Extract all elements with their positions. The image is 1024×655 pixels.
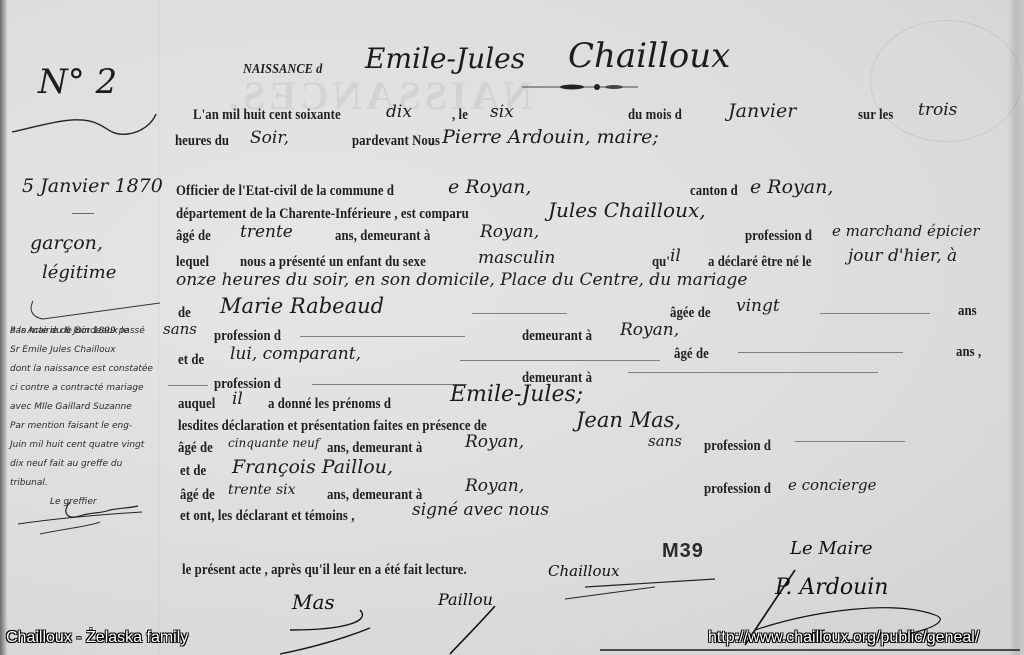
annotation-line: dont la naissance est constatée: [10, 360, 160, 379]
age-label: âgé de: [180, 487, 215, 504]
blank-line: [628, 372, 878, 373]
profession-label: profession d: [704, 438, 771, 455]
margin-annotation: Par Acte du 6 Juin 1899 passé a la mairi…: [10, 322, 160, 512]
witness1-value: Jean Mas,: [576, 408, 681, 432]
declarant-value: Jules Chailloux,: [548, 198, 706, 222]
separator: [72, 213, 94, 214]
mother-age-value: vingt: [736, 296, 780, 316]
scanned-document: NAISSANCES. N° 2 5 Janvier 1870 garçon, …: [0, 0, 1024, 655]
demeurant-label: ans, demeurant à: [335, 228, 430, 245]
naissance-label: NAISSANCE d: [243, 62, 322, 78]
donne-label: a donné les prénoms d: [268, 396, 391, 413]
day-value: six: [490, 102, 514, 122]
month-value: Janvier: [728, 100, 796, 122]
declare-label: a déclaré être né le: [708, 254, 812, 271]
year-value: dix: [386, 102, 412, 122]
annotation-line: dix neuf fait au greffe du: [10, 455, 160, 474]
ans-label: ans: [958, 303, 977, 320]
child-surname: Chailloux: [568, 36, 730, 76]
witness1-profession-prefix: sans: [648, 432, 682, 450]
demeurant-label: demeurant à: [522, 328, 592, 345]
hour-label: sur les: [858, 107, 893, 124]
annotation-line: Sr Emile Jules Chailloux: [10, 341, 160, 360]
officier-label: Officier de l'Etat-civil de la commune d: [176, 183, 394, 200]
day-label: , le: [452, 107, 468, 124]
commune-value: e Royan,: [448, 176, 531, 198]
child-sex-value: masculin: [478, 248, 555, 268]
profession-label: profession d: [214, 376, 281, 393]
qu-label: qu': [652, 254, 670, 271]
heures-label: heures du: [175, 133, 229, 150]
bottom-rule: [600, 649, 1020, 651]
margin-bracket: [25, 295, 165, 325]
blank-line: [168, 385, 208, 386]
age-label: âgé de: [178, 440, 213, 457]
blank-line: [738, 352, 903, 353]
witness2-value: François Paillou,: [232, 456, 393, 478]
profession-label: profession d: [745, 228, 812, 245]
given-names-value: Emile-Jules;: [450, 382, 583, 407]
hour-value: trois: [918, 100, 957, 120]
watermark-url: http://www.chailloux.org/public/geneal/: [708, 629, 979, 647]
flourish-ornament: [8, 110, 158, 140]
blank-line: [820, 313, 930, 314]
annotation-line: Juin mil huit cent quatre vingt: [10, 436, 160, 455]
lesdites-label: lesdites déclaration et présentation fai…: [178, 418, 487, 435]
blank-line: [312, 384, 467, 385]
year-label: L'an mil huit cent soixante: [193, 107, 341, 124]
blank-line: [460, 360, 660, 361]
father-value: lui, comparant,: [230, 344, 361, 364]
witness2-profession-value: e concierge: [788, 476, 876, 494]
margin-sex: garçon,: [30, 232, 103, 254]
annotation-line: a la mairie de Bordeaux le: [10, 322, 160, 341]
witness2-flourish: [440, 598, 520, 655]
profession-label: profession d: [214, 328, 281, 345]
etde-label: et de: [180, 463, 206, 480]
pardevant-label: pardevant Nous: [352, 133, 440, 150]
period-value: Soir,: [250, 128, 289, 148]
watermark-family: Chailloux - Żelaska family: [6, 629, 188, 647]
child-first-names: Emile-Jules: [365, 42, 525, 75]
mother-residence-value: Royan,: [620, 320, 679, 340]
mother-profession-prefix: sans: [163, 320, 197, 338]
witness2-residence-value: Royan,: [465, 476, 524, 496]
witness2-age-value: trente six: [228, 482, 296, 498]
witness1-flourish: [270, 600, 390, 655]
annotation-line: Par mention faisant le eng-: [10, 417, 160, 436]
demeurant-label: ans, demeurant à: [327, 440, 422, 457]
annotation-line: ci contre a contracté mariage: [10, 379, 160, 398]
signature-flourish: [555, 575, 755, 605]
margin-date: 5 Janvier 1870: [22, 175, 163, 197]
departement-label: département de la Charente-Inférieure , …: [176, 206, 469, 223]
etont-label: et ont, les déclarant et témoins ,: [180, 508, 355, 525]
record-number: N° 2: [38, 62, 117, 102]
annotation-line: avec Mlle Gaillard Suzanne: [10, 398, 160, 417]
declarant-age-value: trente: [240, 222, 293, 242]
age-label: âgé de: [176, 228, 211, 245]
mother-name-value: Marie Rabeaud: [220, 294, 384, 318]
witness1-age-value: cinquante neuf: [228, 436, 319, 450]
closing-text: le présent acte , après qu'il leur en a …: [182, 562, 467, 579]
witness1-residence-value: Royan,: [465, 432, 524, 452]
declarant-residence-value: Royan,: [480, 222, 539, 242]
auquel-label: auquel: [178, 396, 215, 413]
presente-label: nous a présenté un enfant du sexe: [240, 254, 426, 271]
blank-line: [472, 313, 567, 314]
blank-line: [795, 441, 905, 442]
signed-value: signé avec nous: [412, 500, 549, 520]
profession-label: profession d: [704, 481, 771, 498]
birth-details-value: onze heures du soir, en son domicile, Pl…: [176, 270, 747, 290]
etde-label: et de: [178, 352, 204, 369]
pronoun-value: il: [232, 389, 243, 409]
title-ornament: [520, 82, 640, 92]
month-label: du mois d: [628, 107, 682, 124]
pronoun-value: il: [670, 246, 681, 266]
blank-line: [300, 336, 465, 337]
ans-label: ans ,: [956, 344, 981, 361]
lequel-label: lequel: [176, 254, 209, 271]
maire-label: Le Maire: [790, 538, 873, 559]
annotation-line: tribunal.: [10, 474, 160, 493]
demeurant-label: ans, demeurant à: [327, 487, 422, 504]
age-label: âgé de: [674, 346, 709, 363]
margin-legitimacy: légitime: [42, 262, 116, 283]
declarant-profession-value: e marchand épicier: [832, 222, 980, 240]
canton-value: e Royan,: [750, 176, 833, 198]
greffier-signature: [10, 498, 150, 538]
register-stamp: M39: [662, 540, 704, 563]
page-binding-edge: [0, 0, 7, 655]
officer-value: , Pierre Ardouin, maire;: [430, 126, 659, 148]
birth-day-value: jour d'hier, à: [848, 246, 957, 266]
